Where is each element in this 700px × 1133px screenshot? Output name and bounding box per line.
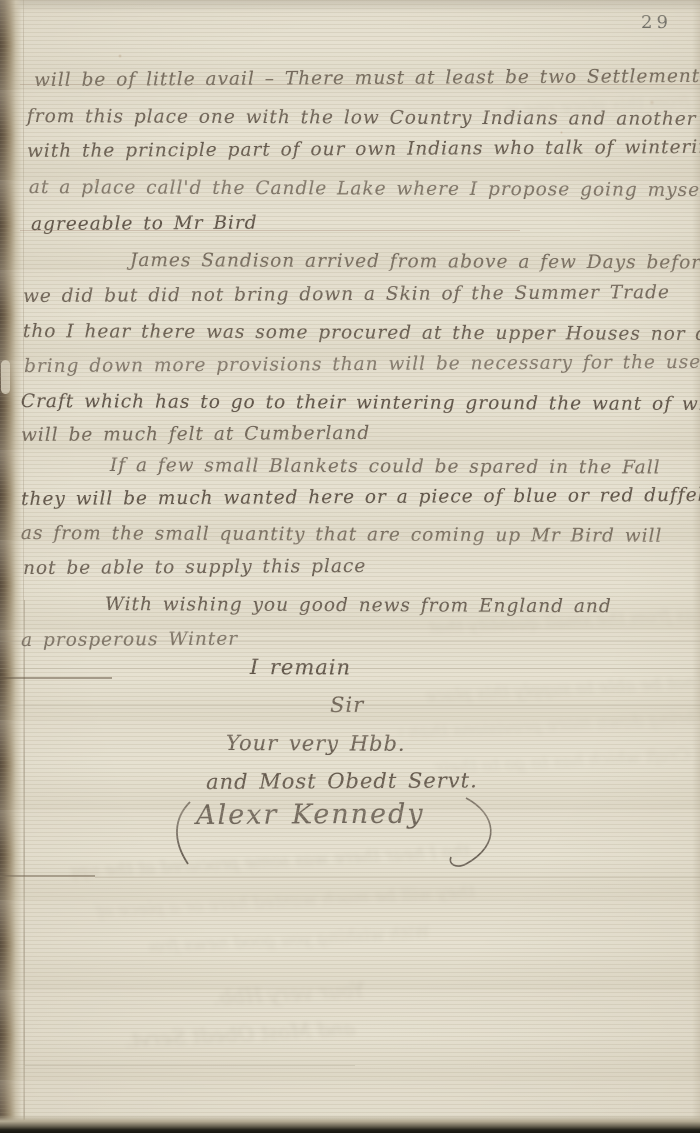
manuscript-line: with the principle part of our own India… [27,137,700,162]
manuscript-line: as from the small quantity that are comi… [21,523,662,547]
page-binding-edge [0,0,22,1133]
page-edge-right [692,0,700,1133]
manuscript-line: not be able to supply this place [23,556,366,579]
ruled-line [95,877,700,878]
pencil-line [0,875,95,877]
foxing-spot [118,54,122,58]
manuscript-line: from this place one with the low Country… [27,106,697,130]
manuscript-line: bring down more provisions than will be … [24,351,700,377]
foxing-spot [560,131,563,134]
manuscript-line: tho I hear there was some procured at th… [23,321,700,345]
manuscript-line: at a place call'd the Candle Lake where … [29,177,700,201]
page-number: 29 [641,12,672,33]
bleedthrough-text: Your very Hbb. [85,978,366,1017]
manuscript-line: With wishing you good news from England … [105,594,612,617]
manuscript-line: a prosperous Winter [21,629,238,651]
manuscript-line: Craft which has to go to their wintering… [21,391,700,415]
closing-i-remain: I remain [250,655,351,679]
page-edge-bottom [0,1115,700,1133]
pencil-line [0,677,112,679]
foxing-spot [649,100,655,105]
bleedthrough-text: With wishing you good news from England … [150,923,431,958]
manuscript-line: If a few small Blankets could be spared … [110,455,661,478]
manuscript-page: { "page": { "number": "29" }, "colors": … [0,0,700,1133]
closing-obedient-servant: and Most Obedt Servt. [206,768,478,794]
binding-notch [1,360,10,394]
closing-your-humble: Your very Hbb. [226,731,406,756]
manuscript-line: will be of little avail – There must at … [34,66,700,91]
manuscript-line: they will be much wanted here or a piece… [21,485,700,510]
page-edge-top [0,0,700,12]
bleedthrough-text: they will be much wanted here or a piece… [95,882,476,922]
closing-sir: Sir [330,693,364,717]
manuscript-line: agreeable to Mr Bird [31,213,258,235]
bleedthrough-text: bring down more provisions than will be … [400,708,696,743]
bleedthrough-text: and Most Obedt Servt. [115,1016,356,1053]
signature-alex-kennedy: Alexr Kennedy [196,799,425,831]
manuscript-line: we did but did not bring down a Skin of … [23,282,670,307]
manuscript-line: will be much felt at Cumberland [21,423,370,446]
manuscript-line: James Sandison arrived from above a few … [130,250,700,274]
ruled-line [25,1065,355,1066]
bleedthrough-text: not be able to supply this place [420,673,696,707]
